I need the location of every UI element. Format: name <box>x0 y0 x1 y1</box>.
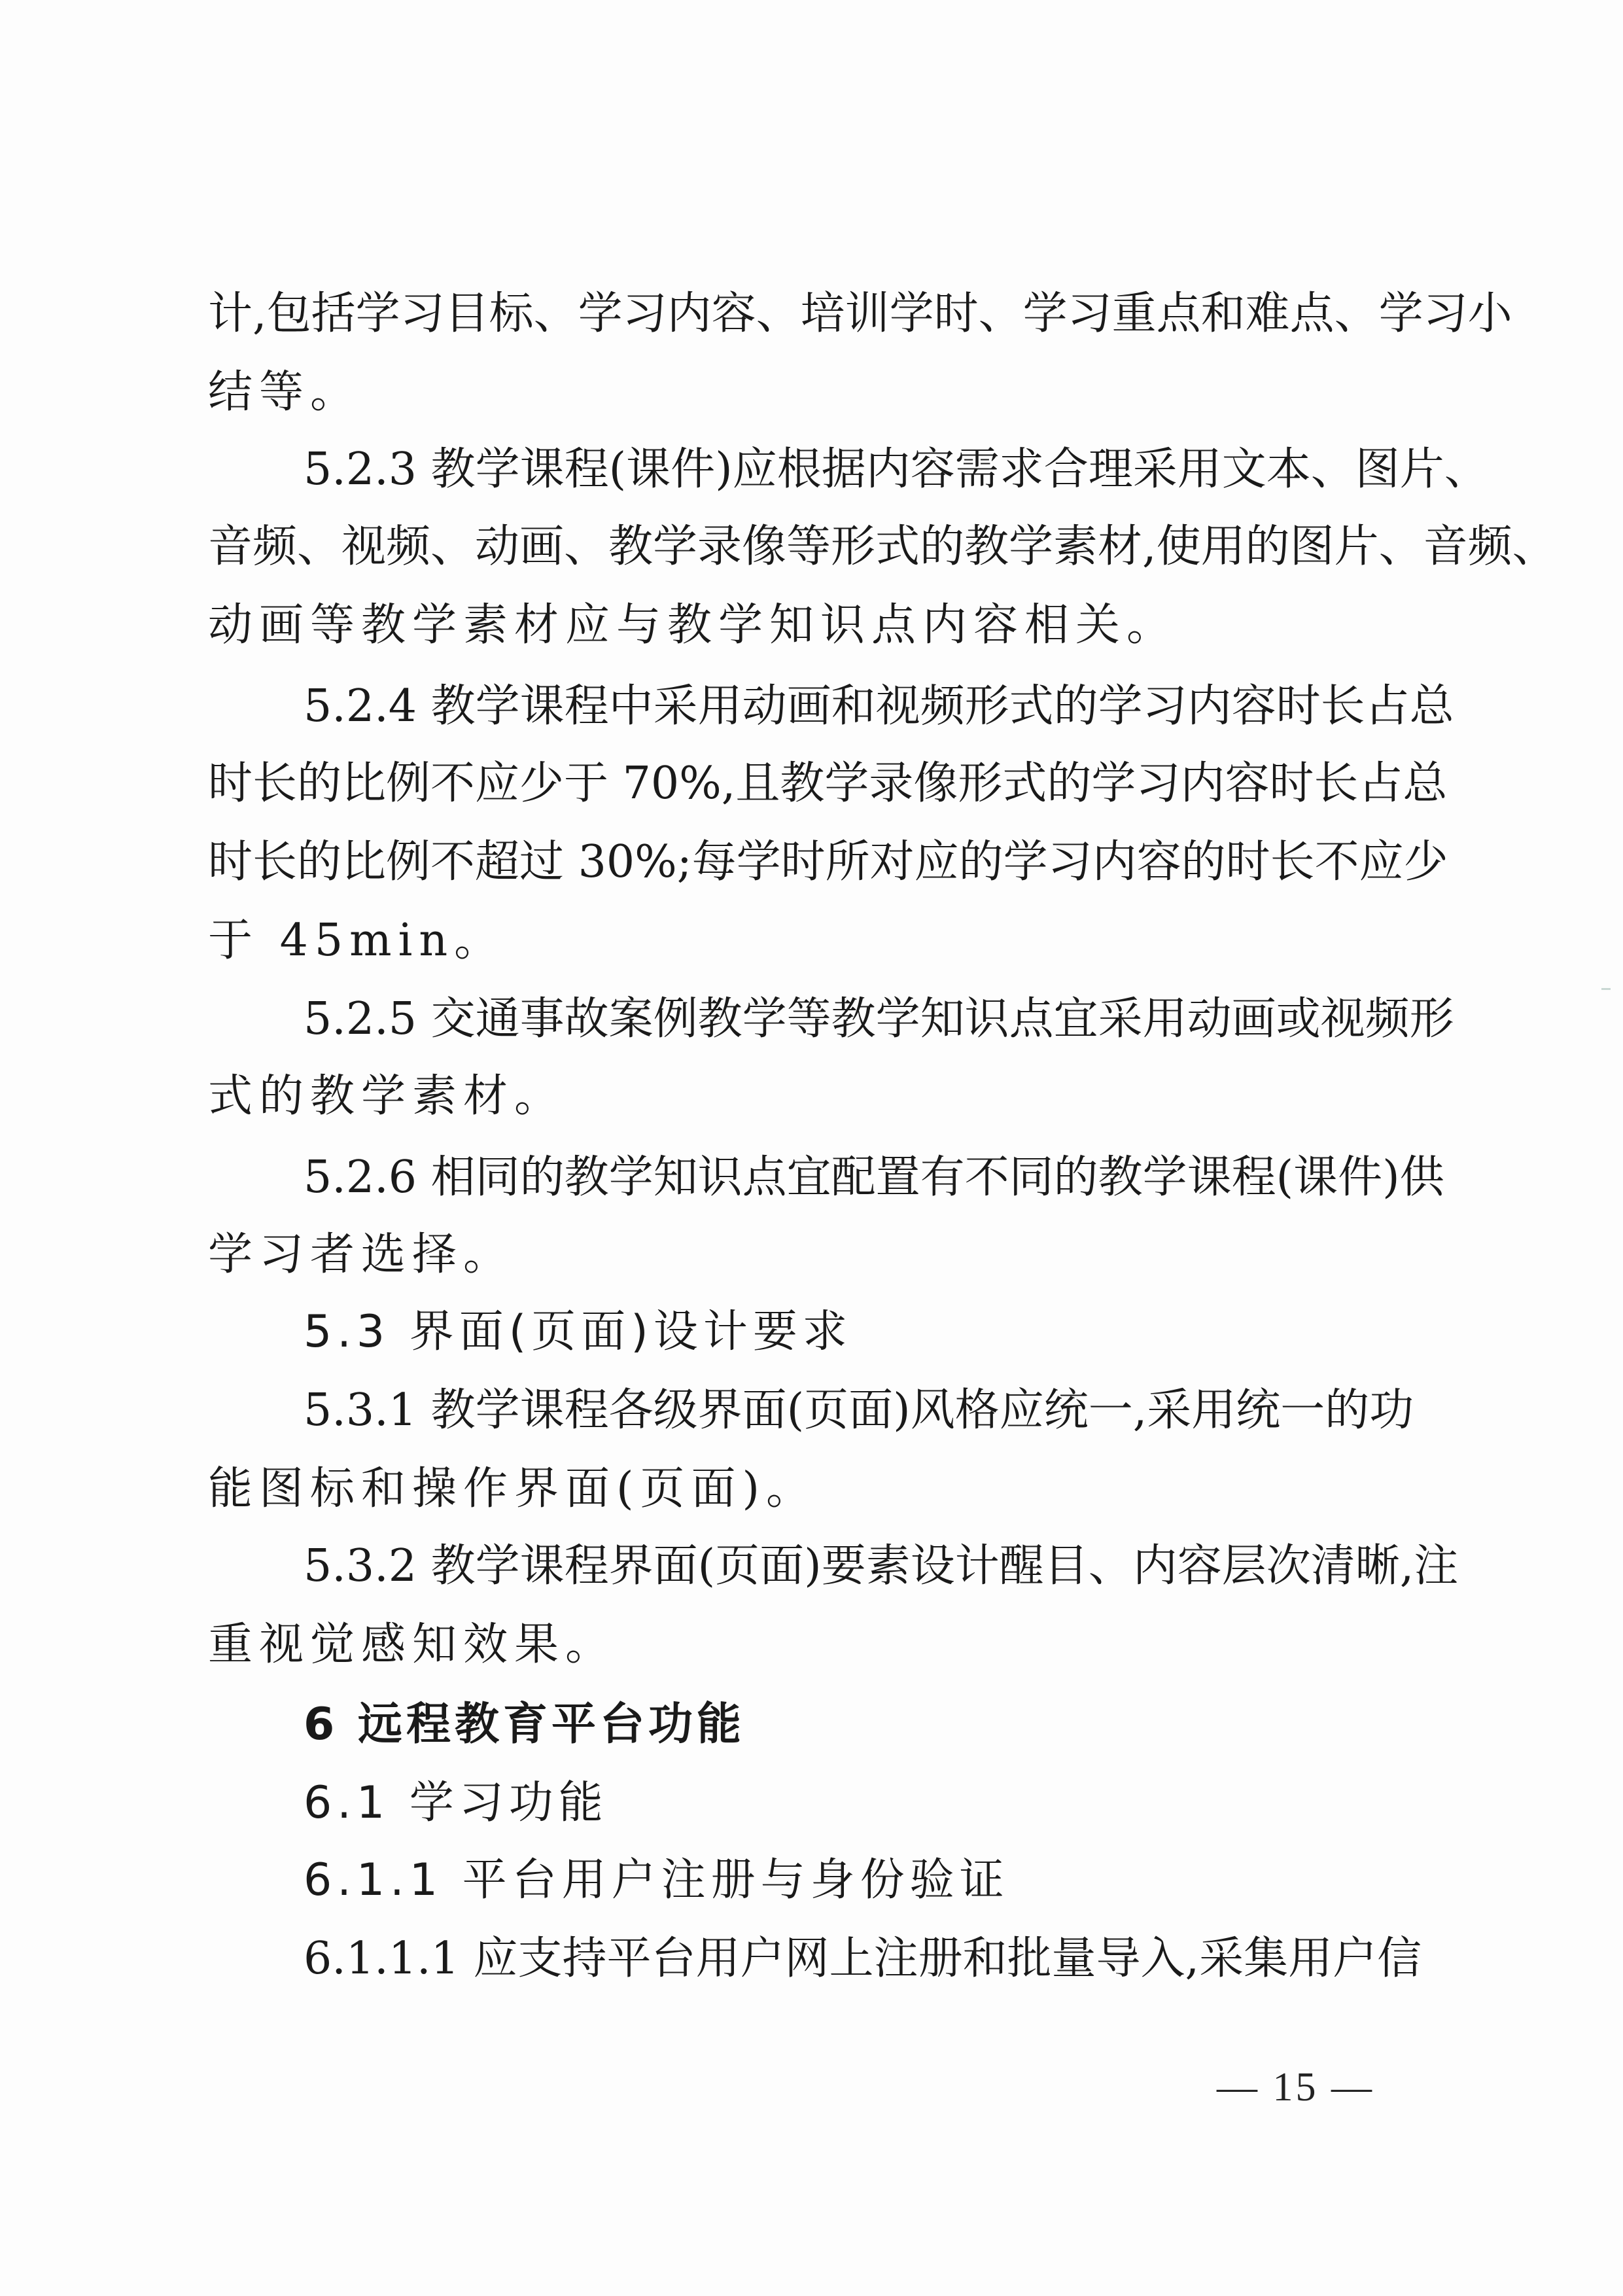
scan-edge-mark <box>1601 988 1611 990</box>
section-heading-6-1: 6.1 学习功能 <box>304 1771 608 1836</box>
paragraph-line: 时长的比例不应少于 70%,且教学录像形式的学习内容时长占总 <box>208 751 1405 817</box>
clause-5-3-1: 5.3.1 教学课程各级界面(页面)风格应统一,采用统一的功 <box>304 1378 1405 1443</box>
section-heading-6-1-1: 6.1.1 平台用户注册与身份验证 <box>304 1848 1009 1913</box>
paragraph-line: 于 45min。 <box>208 908 505 974</box>
document-page: 计,包括学习目标、学习内容、培训学时、学习重点和难点、学习小 结等。 5.2.3… <box>0 0 1623 2296</box>
section-heading-5-3: 5.3 界面(页面)设计要求 <box>304 1299 852 1365</box>
paragraph-line: 时长的比例不超过 30%;每学时所对应的学习内容的时长不应少 <box>208 830 1405 895</box>
paragraph-line: 能图标和操作界面(页面)。 <box>208 1457 817 1522</box>
clause-5-2-4: 5.2.4 教学课程中采用动画和视频形式的学习内容时长占总 <box>304 674 1405 739</box>
chapter-heading-6: 6 远程教育平台功能 <box>304 1692 745 1757</box>
paragraph-line: 动画等教学素材应与教学知识点内容相关。 <box>208 593 1178 658</box>
paragraph-line: 式的教学素材。 <box>208 1064 565 1129</box>
clause-5-2-6: 5.2.6 相同的教学知识点宜配置有不同的教学课程(课件)供 <box>304 1145 1405 1210</box>
clause-6-1-1-1: 6.1.1.1 应支持平台用户网上注册和批量导入,采集用户信 <box>304 1926 1405 1992</box>
paragraph-line: 音频、视频、动画、教学录像等形式的教学素材,使用的图片、音频、 <box>208 514 1405 580</box>
paragraph-line: 学习者选择。 <box>208 1222 514 1288</box>
page-number: — 15 — <box>1217 2061 1374 2113</box>
clause-5-2-3: 5.2.3 教学课程(课件)应根据内容需求合理采用文本、图片、 <box>304 437 1405 503</box>
clause-5-3-2: 5.3.2 教学课程界面(页面)要素设计醒目、内容层次清晰,注 <box>304 1534 1405 1599</box>
paragraph-line: 重视觉感知效果。 <box>208 1612 616 1678</box>
paragraph-line: 计,包括学习目标、学习内容、培训学时、学习重点和难点、学习小 <box>208 281 1405 347</box>
clause-5-2-5: 5.2.5 交通事故案例教学等教学知识点宜采用动画或视频形 <box>304 987 1405 1052</box>
paragraph-line: 结等。 <box>208 360 361 425</box>
